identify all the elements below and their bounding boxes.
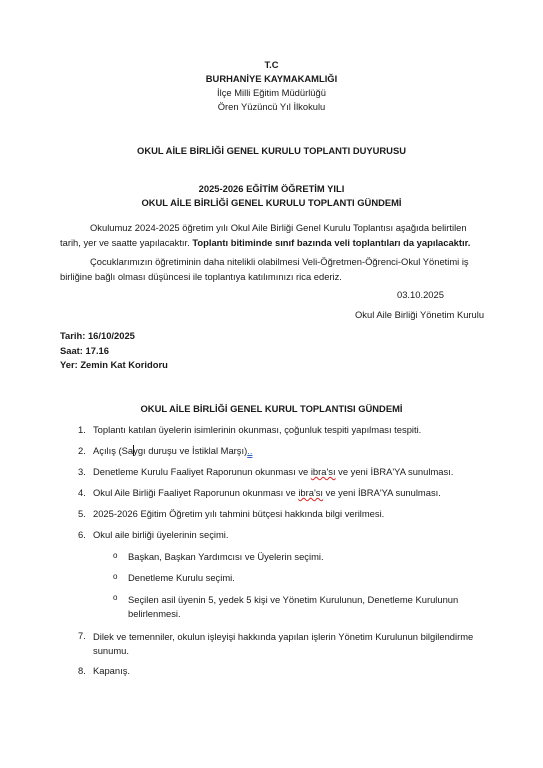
agenda-year-title: 2025-2026 EĞİTİM ÖĞRETİM YILI	[0, 183, 543, 194]
announcement-paragraph-1: Okulumuz 2024-2025 öğretim yılı Okul Ail…	[60, 220, 486, 250]
agenda-item-text: Okul Aile Birliği Faaliyet Raporunun oku…	[93, 487, 441, 498]
agenda-item-text: Açılış (Saygı duruşu ve İstiklal Marşı).…	[93, 445, 252, 456]
agenda-item-number: 3.	[78, 466, 92, 477]
meeting-date: Tarih: 16/10/2025	[60, 330, 135, 341]
circle-bullet-icon: o	[113, 551, 117, 560]
agenda-item-text-part: Denetleme Kurulu Faaliyet Raporunun okun…	[93, 466, 311, 477]
misspelled-word: ibra'sı	[298, 487, 323, 498]
agenda-item-text-part: Açılış (Sa	[93, 445, 133, 456]
agenda-item-text-part: Okul Aile Birliği Faaliyet Raporunun oku…	[93, 487, 298, 498]
agenda-item-number: 2.	[78, 445, 92, 456]
agenda-item-text: Kapanış.	[93, 665, 130, 676]
agenda-subitem-text: Denetleme Kurulu seçimi.	[128, 572, 235, 583]
paragraph-1-bold-text: Toplantı bitiminde sınıf bazında veli to…	[192, 237, 470, 248]
agenda-item-number: 5.	[78, 508, 92, 519]
agenda-item-text-part: ygı duruşu ve İstiklal Marşı)	[133, 445, 247, 456]
agenda-item-text: Denetleme Kurulu Faaliyet Raporunun okun…	[93, 466, 453, 477]
header-tc: T.C	[0, 59, 543, 70]
announcement-title: OKUL AİLE BİRLİĞİ GENEL KURULU TOPLANTI …	[0, 145, 543, 156]
document-page: T.C BURHANİYE KAYMAKAMLIĞI İlçe Milli Eğ…	[0, 0, 543, 768]
circle-bullet-icon: o	[113, 572, 117, 581]
agenda-header-title: OKUL AİLE BİRLİĞİ GENEL KURULU TOPLANTI …	[0, 197, 543, 208]
signature-signer: Okul Aile Birliği Yönetim Kurulu	[355, 309, 484, 320]
misspelled-word: ibra'sı	[311, 466, 336, 477]
header-directorate: İlçe Milli Eğitim Müdürlüğü	[0, 87, 543, 98]
meeting-time: Saat: 17.16	[60, 345, 109, 356]
signature-date: 03.10.2025	[397, 289, 444, 300]
agenda-item-text: Toplantı katılan üyelerin isimlerinin ok…	[93, 424, 421, 435]
agenda-item-number: 1.	[78, 424, 92, 435]
agenda-item-number: 8.	[78, 665, 92, 676]
meeting-place: Yer: Zemin Kat Koridoru	[60, 359, 168, 370]
agenda-item-text: Dilek ve temenniler, okulun işleyişi hak…	[93, 630, 483, 658]
formatting-mark: ..	[247, 445, 252, 456]
agenda-item-text: 2025-2026 Eğitim Öğretim yılı tahmini bü…	[93, 508, 384, 519]
announcement-paragraph-2: Çocuklarımızın öğretiminin daha nitelikl…	[60, 254, 486, 284]
header-kaymakamlik: BURHANİYE KAYMAKAMLIĞI	[0, 73, 543, 84]
circle-bullet-icon: o	[113, 593, 117, 602]
agenda-item-text: Okul aile birliği üyelerinin seçimi.	[93, 529, 228, 540]
header-school: Ören Yüzüncü Yıl İlkokulu	[0, 101, 543, 112]
agenda-item-text-part: ve yeni İBRA'YA sunulması.	[336, 466, 454, 477]
agenda-item-text-part: ve yeni İBRA'YA sunulması.	[323, 487, 441, 498]
agenda-title: OKUL AİLE BİRLİĞİ GENEL KURUL TOPLANTISI…	[0, 403, 543, 414]
agenda-item-number: 4.	[78, 487, 92, 498]
agenda-item-number: 7.	[78, 630, 92, 641]
agenda-subitem-text: Başkan, Başkan Yardımcısı ve Üyelerin se…	[128, 551, 324, 562]
agenda-item-number: 6.	[78, 529, 92, 540]
agenda-subitem-text: Seçilen asil üyenin 5, yedek 5 kişi ve Y…	[128, 593, 498, 621]
